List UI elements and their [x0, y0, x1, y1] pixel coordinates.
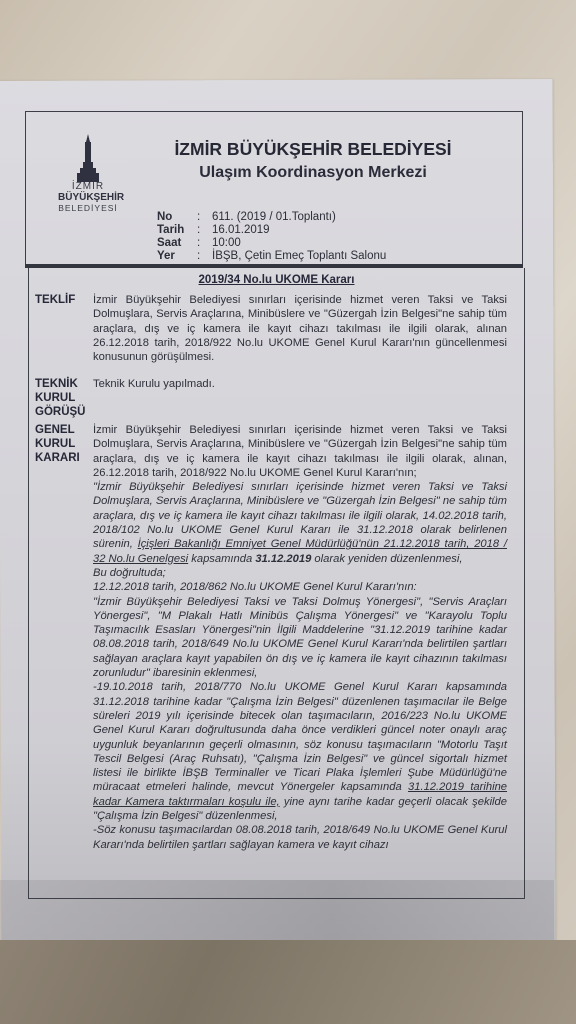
section-label: TEKLİF [35, 293, 93, 364]
meta-label: Saat [157, 237, 197, 250]
meta-label: Tarih [157, 224, 197, 237]
paragraph: "İzmir Büyükşehir Belediyesi Taksi ve Ta… [93, 595, 507, 681]
meta-row-place: Yer: İBŞB, Çetin Emeç Toplantı Salonu [157, 250, 386, 263]
section-label: GENEL KURUL KARARI [35, 423, 93, 852]
meta-label: No [157, 211, 197, 224]
meta-value: İBŞB, Çetin Emeç Toplantı Salonu [212, 250, 386, 263]
bold-date: 31.12.2019 [255, 553, 311, 565]
organization-subtitle: Ulaşım Koordinasyon Merkezi [128, 164, 498, 182]
paragraph-quoted: "İzmir Büyükşehir Belediyesi sınırları i… [93, 480, 507, 566]
meta-value: 611. (2019 / 01.Toplantı) [212, 211, 336, 224]
meta-row-date: Tarih: 16.01.2019 [157, 224, 386, 237]
paragraph: -19.10.2018 tarih, 2018/770 No.lu UKOME … [93, 680, 507, 823]
paragraph: Bu doğrultuda; [93, 566, 507, 580]
section-text: Teknik Kurulu yapılmadı. [93, 377, 507, 419]
clock-tower-icon [75, 134, 101, 182]
logo-text-belediyesi: BELEDİYESİ [58, 203, 118, 213]
logo-text-buyuksehir: BÜYÜKŞEHİR [58, 192, 118, 203]
meeting-info: No: 611. (2019 / 01.Toplantı) Tarih: 16.… [157, 211, 386, 263]
section-genel-kurul: GENEL KURUL KARARI İzmir Büyükşehir Bele… [35, 423, 515, 852]
meta-label: Yer [157, 250, 197, 263]
document-header: İZMİR BÜYÜKŞEHİR BELEDİYESİ İZMİR BÜYÜKŞ… [25, 111, 523, 266]
organization-title: İZMİR BÜYÜKŞEHİR BELEDİYESİ [128, 139, 498, 160]
desk-surface [0, 940, 576, 1024]
section-teklif: TEKLİF İzmir Büyükşehir Belediyesi sınır… [35, 293, 515, 364]
section-label: TEKNİK KURUL GÖRÜŞÜ [35, 377, 93, 419]
meta-row-no: No: 611. (2019 / 01.Toplantı) [157, 211, 386, 224]
paragraph: 12.12.2018 tarih, 2018/862 No.lu UKOME G… [93, 580, 507, 594]
municipality-logo: İZMİR BÜYÜKŞEHİR BELEDİYESİ [58, 134, 118, 213]
meta-value: 10:00 [212, 237, 241, 250]
meta-row-time: Saat: 10:00 [157, 237, 386, 250]
section-text: İzmir Büyükşehir Belediyesi sınırları iç… [93, 293, 507, 364]
decision-body: 2019/34 No.lu UKOME Kararı TEKLİF İzmir … [28, 268, 525, 899]
logo-text-izmir: İZMİR [58, 182, 118, 192]
section-text: İzmir Büyükşehir Belediyesi sınırları iç… [93, 423, 507, 852]
section-teknik: TEKNİK KURUL GÖRÜŞÜ Teknik Kurulu yapılm… [35, 377, 515, 419]
paragraph: -Söz konusu taşımacılardan 08.08.2018 ta… [93, 823, 507, 852]
meta-value: 16.01.2019 [212, 224, 270, 237]
decision-title: 2019/34 No.lu UKOME Kararı [29, 274, 524, 286]
paragraph: İzmir Büyükşehir Belediyesi sınırları iç… [93, 423, 507, 480]
